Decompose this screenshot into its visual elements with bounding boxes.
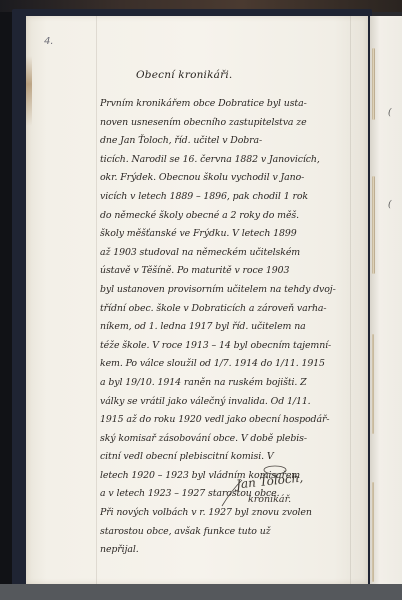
page-stain [26,56,32,126]
text-line: noven usnesením obecního zastupitelstva … [100,114,368,133]
text-line: až 1903 studoval na německém učitelském [100,244,368,263]
text-line: ticích. Narodil se 16. června 1882 v Jan… [100,151,368,170]
signature-title: kronikář. [248,494,291,505]
binding-stitch [372,334,374,434]
text-line: války se vrátil jako válečný invalida. O… [100,393,368,412]
text-line: do německé školy obecné a 2 roky do měš. [100,207,368,226]
text-line: vicích v letech 1889 – 1896, pak chodil … [100,188,368,207]
text-line: okr. Frýdek. Obecnou školu vychodil v Ja… [100,169,368,188]
text-line: školy měšťanské ve Frýdku. V letech 1899 [100,225,368,244]
margin-line-left [96,16,97,584]
text-line: ústavě v Těšíně. Po maturitě v roce 1903 [100,262,368,281]
section-heading: Obecní kronikáři. [136,69,232,81]
text-line: byl ustanoven provisorním učitelem na te… [100,281,368,300]
text-line: třídní obec. škole v Dobraticích a zárov… [100,300,368,319]
binding-stitch [372,48,375,120]
page-number: 4. [44,36,54,47]
text-line: Prvním kronikářem obce Dobratice byl ust… [100,95,368,114]
text-line: téže škole. V roce 1913 – 14 byl obecním… [100,337,368,356]
facing-page-mark: ( [388,200,392,210]
facing-page-mark: ( [388,108,392,118]
text-line: citní vedl obecní plebiscitní komisi. V [100,448,368,467]
text-line: 1915 až do roku 1920 vedl jako obecní ho… [100,411,368,430]
text-line: nepřijal. [100,541,368,560]
binding-stitch [372,176,375,274]
text-line: dne Jan Ťoloch, říd. učitel v Dobra- [100,132,368,151]
text-line: níkem, od 1. ledna 1917 byl říd. učitele… [100,318,368,337]
text-line: starostou obce, avšak funkce tuto už [100,523,368,542]
scanner-bottom-band [0,584,402,600]
text-line: kem. Po válce sloužil od 1/7. 1914 do 1/… [100,355,368,374]
text-line: a byl 19/10. 1914 raněn na ruském bojišt… [100,374,368,393]
binding-stitch [372,482,374,582]
text-line: ský komisař zásobování obce. V době pleb… [100,430,368,449]
